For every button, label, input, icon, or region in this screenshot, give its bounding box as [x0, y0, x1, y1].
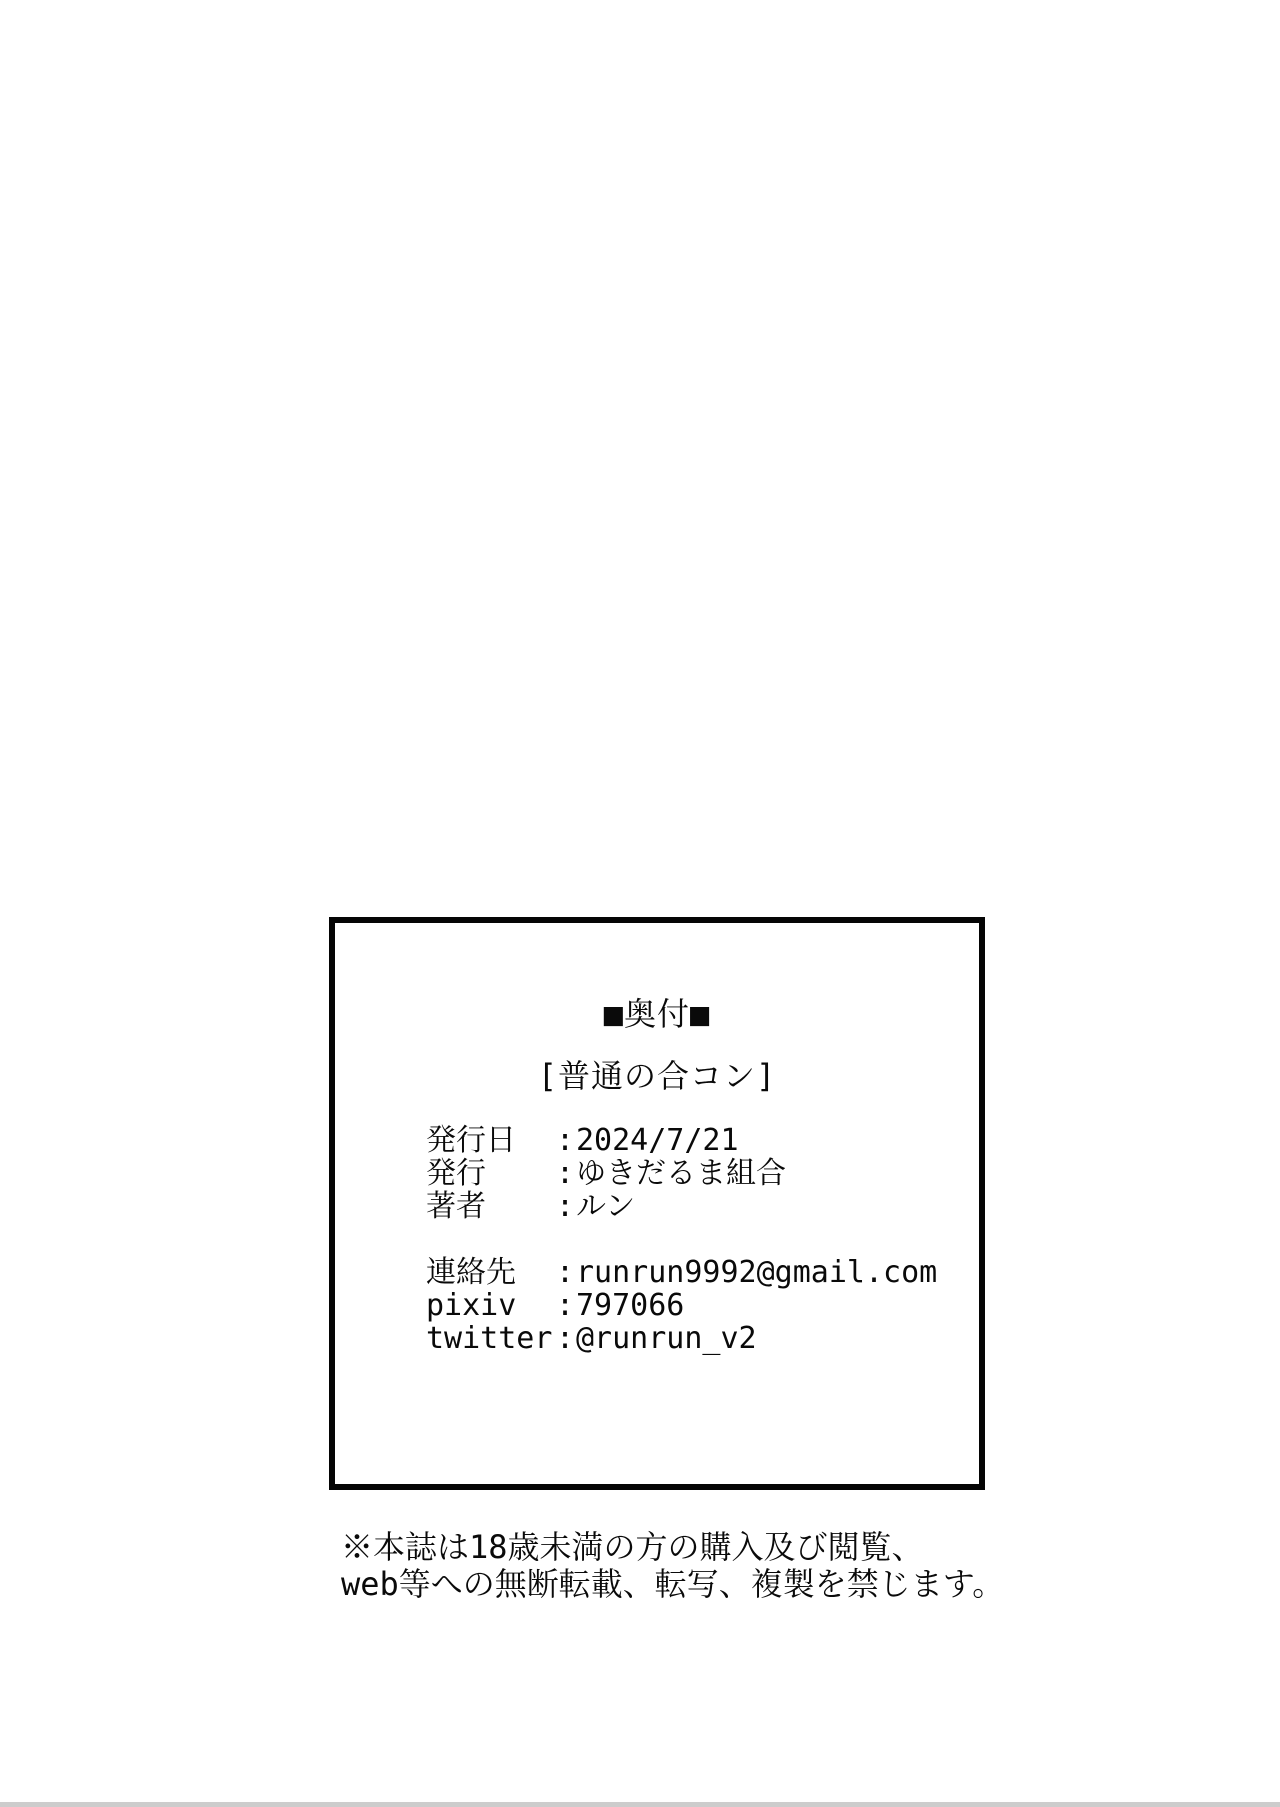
info-value: 2024/7/21	[576, 1124, 739, 1157]
scanned-colophon-page: ■奥付■ [普通の合コン] 発行日 : 2024/7/21 発行 : ゆきだるま…	[0, 0, 1280, 1807]
contact-separator: :	[554, 1256, 576, 1289]
colophon-header: ■奥付■	[335, 994, 979, 1034]
info-separator: :	[554, 1157, 576, 1190]
disclaimer-line-2: web等への無断転載、転写、複製を禁じます。	[341, 1566, 1004, 1603]
contact-row-email: 連絡先 : runrun9992@gmail.com	[426, 1256, 937, 1289]
info-value: ゆきだるま組合	[576, 1157, 786, 1190]
info-label: 著者	[426, 1190, 554, 1223]
info-row-publisher: 発行 : ゆきだるま組合	[426, 1157, 786, 1190]
info-row-publication-date: 発行日 : 2024/7/21	[426, 1124, 786, 1157]
info-value: ルン	[576, 1190, 635, 1223]
info-separator: :	[554, 1124, 576, 1157]
contact-separator: :	[554, 1289, 576, 1322]
disclaimer-line-1: ※本誌は18歳未満の方の購入及び閲覧、	[341, 1529, 1004, 1566]
contact-separator: :	[554, 1322, 576, 1355]
contact-value-pixiv-id: 797066	[576, 1289, 684, 1322]
contact-row-pixiv: pixiv : 797066	[426, 1289, 937, 1322]
contact-value-twitter-handle: @runrun_v2	[576, 1322, 757, 1355]
contact-value-email: runrun9992@gmail.com	[576, 1256, 937, 1289]
book-title: [普通の合コン]	[335, 1056, 979, 1096]
info-label: 発行日	[426, 1124, 554, 1157]
info-label: 発行	[426, 1157, 554, 1190]
contact-label: pixiv	[426, 1289, 554, 1322]
page-bottom-edge-bar	[0, 1802, 1280, 1807]
colophon-box: ■奥付■ [普通の合コン] 発行日 : 2024/7/21 発行 : ゆきだるま…	[329, 917, 985, 1490]
info-separator: :	[554, 1190, 576, 1223]
contact-info-block: 連絡先 : runrun9992@gmail.com pixiv : 79706…	[426, 1256, 937, 1355]
contact-label: 連絡先	[426, 1256, 554, 1289]
contact-row-twitter: twitter : @runrun_v2	[426, 1322, 937, 1355]
contact-label: twitter	[426, 1322, 554, 1355]
publication-info-block: 発行日 : 2024/7/21 発行 : ゆきだるま組合 著者 : ルン	[426, 1124, 786, 1223]
age-restriction-disclaimer: ※本誌は18歳未満の方の購入及び閲覧、 web等への無断転載、転写、複製を禁じま…	[341, 1529, 1004, 1603]
info-row-author: 著者 : ルン	[426, 1190, 786, 1223]
